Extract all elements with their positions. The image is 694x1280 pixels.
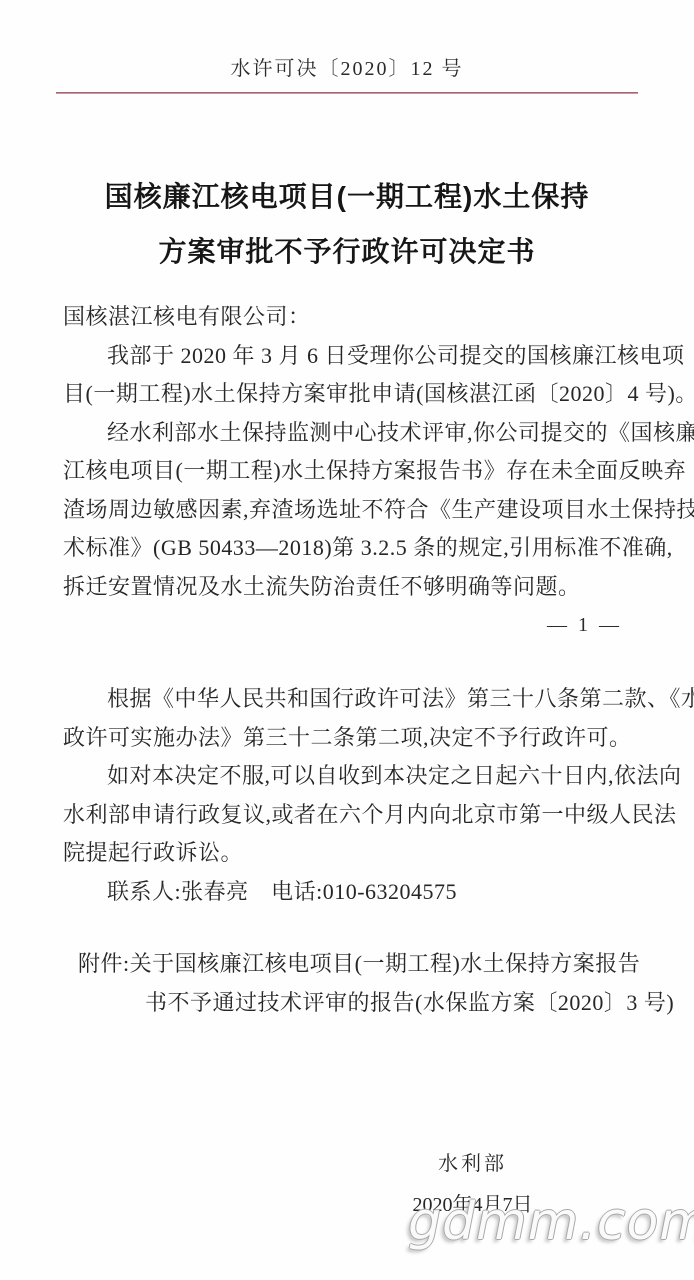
attachment-line-2: 书不予通过技术评审的报告(水保监方案〔2020〕3 号) <box>63 984 649 1023</box>
text-line: 目(一期工程)水土保持方案审批申请(国核湛江函〔2020〕4 号)。 <box>63 375 649 414</box>
text-line: 水利部申请行政复议,或者在六个月内向北京市第一中级人民法 <box>63 796 649 835</box>
text-line: 如对本决定不服,可以自收到本决定之日起六十日内,依法向 <box>63 757 649 796</box>
text-line: 院提起行政诉讼。 <box>63 834 649 873</box>
text-line: 术标准》(GB 50433—2018)第 3.2.5 条的规定,引用标准不准确, <box>63 529 649 568</box>
text-line: 拆迁安置情况及水土流失防治责任不够明确等问题。 <box>63 568 649 607</box>
text-line: 经水利部水土保持监测中心技术评审,你公司提交的《国核廉 <box>63 414 649 453</box>
attachment-line-1: 附件:关于国核廉江核电项目(一期工程)水土保持方案报告 <box>63 945 649 984</box>
attachment-note: 附件:关于国核廉江核电项目(一期工程)水土保持方案报告 书不予通过技术评审的报告… <box>63 945 649 1022</box>
signature-organization: 水利部 <box>380 1147 565 1176</box>
document-number: 水许可决〔2020〕12 号 <box>0 52 694 81</box>
body-page-2: 根据《中华人民共和国行政许可法》第三十八条第二款、《水行 政许可实施办法》第三十… <box>63 680 649 911</box>
text-line: 渣场周边敏感因素,弃渣场选址不符合《生产建设项目水土保持技 <box>63 491 649 530</box>
body-page-1: 国核湛江核电有限公司： 我部于 2020 年 3 月 6 日受理你公司提交的国核… <box>63 298 649 606</box>
header-divider <box>56 92 638 94</box>
contact-line: 联系人:张春亮 电话:010-63204575 <box>63 873 649 912</box>
text-line: 根据《中华人民共和国行政许可法》第三十八条第二款、《水行 <box>63 680 649 719</box>
watermark-text: gdmm.com <box>408 1192 694 1252</box>
title-line-2: 方案审批不予行政许可决定书 <box>0 224 694 279</box>
page-number: — 1 — <box>547 614 622 637</box>
text-line: 政许可实施办法》第三十二条第二项,决定不予行政许可。 <box>63 719 649 758</box>
title-line-1: 国核廉江核电项目(一期工程)水土保持 <box>0 169 694 224</box>
document-title: 国核廉江核电项目(一期工程)水土保持 方案审批不予行政许可决定书 <box>0 169 694 279</box>
official-document-page: 水许可决〔2020〕12 号 国核廉江核电项目(一期工程)水土保持 方案审批不予… <box>0 0 694 1280</box>
text-line: 江核电项目(一期工程)水土保持方案报告书》存在未全面反映弃 <box>63 452 649 491</box>
salutation-line: 国核湛江核电有限公司： <box>63 298 649 337</box>
text-line: 我部于 2020 年 3 月 6 日受理你公司提交的国核廉江核电项 <box>63 337 649 376</box>
